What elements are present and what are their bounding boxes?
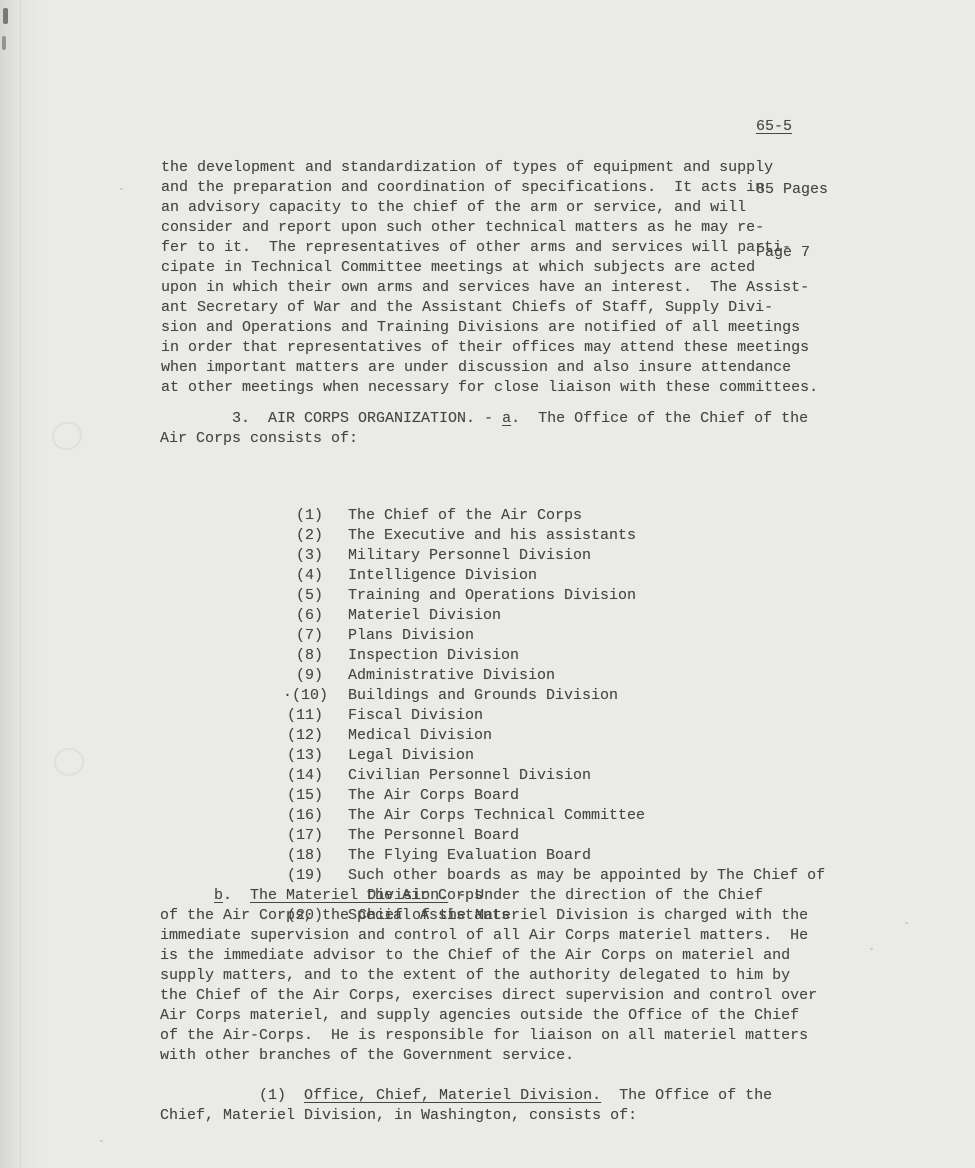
org-list-item-number: (9): [283, 666, 323, 686]
org-list-item: (7)Plans Division: [283, 626, 825, 646]
section-3-heading: 3. AIR CORPS ORGANIZATION. - a. The Offi…: [160, 409, 808, 449]
paper-speck: [905, 922, 908, 924]
org-list-item-text: Training and Operations Division: [348, 586, 636, 606]
org-list-item: (11)Fiscal Division: [283, 706, 825, 726]
org-list-item-number: (5): [283, 586, 323, 606]
org-list-item-text: Medical Division: [348, 726, 492, 746]
org-list-item-number: (14): [283, 766, 323, 786]
paragraph-b-title: The Materiel Division.: [250, 887, 448, 904]
org-list-item: (8)Inspection Division: [283, 646, 825, 666]
org-list-item-number: (18): [283, 846, 323, 866]
org-list-item-text: Inspection Division: [348, 646, 519, 666]
org-list-item-text: Plans Division: [348, 626, 474, 646]
paper-speck: [100, 1140, 103, 1142]
org-list-item-number: (11): [283, 706, 323, 726]
org-list-item: ·(10)Buildings and Grounds Division: [283, 686, 825, 706]
section-3-lead: 3. AIR CORPS ORGANIZATION. -: [160, 410, 502, 427]
paragraph-technical-committee: the development and standardization of t…: [161, 158, 818, 398]
org-list-item: (17)The Personnel Board: [283, 826, 825, 846]
org-list-item: (6)Materiel Division: [283, 606, 825, 626]
org-list-item-number: ·(10): [283, 686, 323, 706]
reference-number: 65-5: [756, 118, 792, 135]
org-list-item: (13)Legal Division: [283, 746, 825, 766]
pencil-ring-mark: [52, 746, 86, 778]
org-list-item-text: Buildings and Grounds Division: [348, 686, 618, 706]
org-list-item-text: Legal Division: [348, 746, 474, 766]
paper-speck: [870, 948, 873, 950]
org-list-item: (9)Administrative Division: [283, 666, 825, 686]
paragraph-b-body: - Under the direction of the Chief of th…: [160, 887, 817, 1064]
org-list-item-text: Civilian Personnel Division: [348, 766, 591, 786]
org-list-item-text: Administrative Division: [348, 666, 555, 686]
subparagraph-1-number: (1): [160, 1087, 304, 1104]
scanned-document-page: 65-5 85 Pages Page 7 the development and…: [0, 0, 975, 1168]
org-list-item: (3)Military Personnel Division: [283, 546, 825, 566]
org-list-item-text: Military Personnel Division: [348, 546, 591, 566]
org-list-item-number: (1): [283, 506, 323, 526]
scan-edge-mark: [3, 8, 8, 24]
org-list-item-text: The Flying Evaluation Board: [348, 846, 591, 866]
subparagraph-1-title: Office, Chief, Materiel Division.: [304, 1087, 601, 1104]
org-list-item-text: The Chief of the Air Corps: [348, 506, 582, 526]
org-list-item-text: The Executive and his assistants: [348, 526, 636, 546]
org-list-item-number: (4): [283, 566, 323, 586]
org-list-item: (5)Training and Operations Division: [283, 586, 825, 606]
org-list-item: (14)Civilian Personnel Division: [283, 766, 825, 786]
paragraph-b-label: b: [214, 887, 223, 904]
scan-edge-mark: [2, 36, 6, 50]
paragraph-b-dot: .: [223, 887, 250, 904]
org-list-item: (4)Intelligence Division: [283, 566, 825, 586]
org-list-item-text: The Air Corps Technical Committee: [348, 806, 645, 826]
org-list-item: (18)The Flying Evaluation Board: [283, 846, 825, 866]
paragraph-b-materiel-division: b. The Materiel Division. - Under the di…: [160, 886, 817, 1066]
org-list-item: (2)The Executive and his assistants: [283, 526, 825, 546]
org-list-item-text: Materiel Division: [348, 606, 501, 626]
org-list-item-number: (8): [283, 646, 323, 666]
org-list-item-number: (15): [283, 786, 323, 806]
org-list-item-number: (7): [283, 626, 323, 646]
org-list-item-text: The Personnel Board: [348, 826, 519, 846]
org-list-item-number: (6): [283, 606, 323, 626]
subparagraph-1-office-chief: (1) Office, Chief, Materiel Division. Th…: [160, 1086, 772, 1126]
org-list-item-number: (13): [283, 746, 323, 766]
org-list-item: (15)The Air Corps Board: [283, 786, 825, 806]
section-3-sub-label: a: [502, 410, 511, 427]
org-list-item-text: Fiscal Division: [348, 706, 483, 726]
org-list-item-text: Intelligence Division: [348, 566, 537, 586]
org-list-item-number: (16): [283, 806, 323, 826]
org-list-item-number: (17): [283, 826, 323, 846]
org-list-item: (1)The Chief of the Air Corps: [283, 506, 825, 526]
org-list-item: (12)Medical Division: [283, 726, 825, 746]
pencil-ring-mark: [49, 419, 84, 453]
org-list-item-number: (12): [283, 726, 323, 746]
paper-speck: [120, 188, 123, 190]
paragraph-b-indent: [160, 887, 214, 904]
org-list-item: (16)The Air Corps Technical Committee: [283, 806, 825, 826]
org-list-item-number: (3): [283, 546, 323, 566]
org-list-item-number: (2): [283, 526, 323, 546]
org-list-item-text: The Air Corps Board: [348, 786, 519, 806]
